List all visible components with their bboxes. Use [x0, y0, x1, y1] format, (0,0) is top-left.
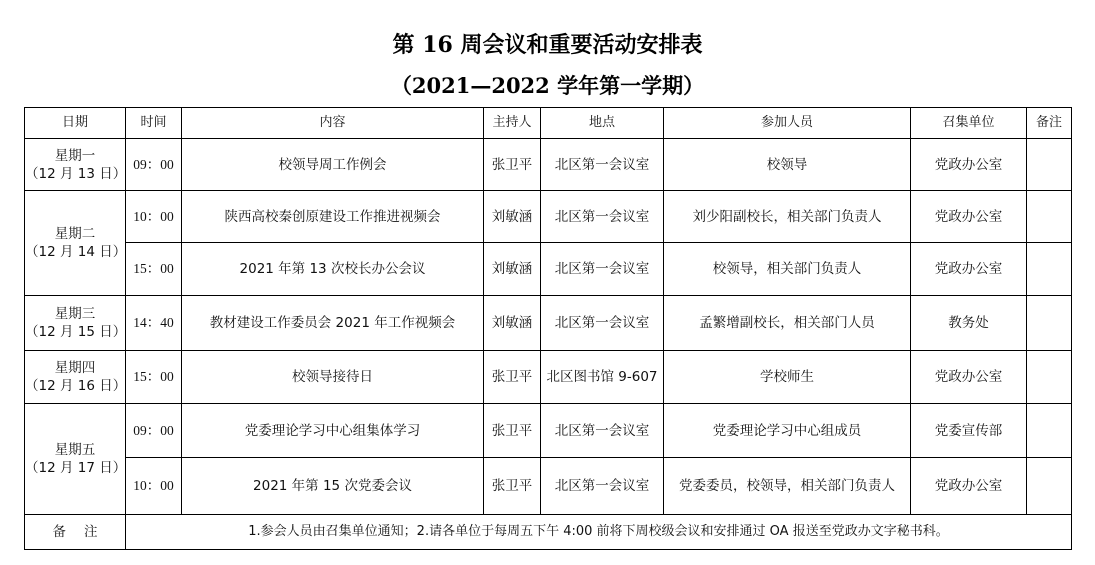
location-cell: 北区第一会议室	[541, 243, 664, 296]
remark-cell	[1027, 404, 1072, 458]
time-cell: 14：40	[126, 296, 182, 351]
table-row: 星期三 （12 月 15 日） 14：40 教材建设工作委员会 2021 年工作…	[25, 296, 1072, 351]
day-cell: 星期一 （12 月 13 日）	[25, 139, 126, 191]
table-row: 星期四 （12 月 16 日） 15：00 校领导接待日 张卫平 北区图书馆 9…	[25, 351, 1072, 404]
content-cell: 陕西高校秦创原建设工作推进视频会	[182, 191, 484, 243]
header-host: 主持人	[484, 108, 541, 139]
location-cell: 北区第一会议室	[541, 139, 664, 191]
location-cell: 北区第一会议室	[541, 404, 664, 458]
attendees-cell: 党委理论学习中心组成员	[664, 404, 911, 458]
page-subtitle: （2021—2022 学年第一学期）	[0, 70, 1095, 100]
header-row: 日期 时间 内容 主持人 地点 参加人员 召集单位 备注	[25, 108, 1072, 139]
header-content: 内容	[182, 108, 484, 139]
time-cell: 10：00	[126, 191, 182, 243]
host-cell: 刘敏涵	[484, 191, 541, 243]
host-cell: 张卫平	[484, 404, 541, 458]
table-row: 10：00 2021 年第 15 次党委会议 张卫平 北区第一会议室 党委委员，…	[25, 458, 1072, 515]
table-row: 星期五 （12 月 17 日） 09：00 党委理论学习中心组集体学习 张卫平 …	[25, 404, 1072, 458]
header-attendees: 参加人员	[664, 108, 911, 139]
remark-cell	[1027, 296, 1072, 351]
organizer-cell: 党政办公室	[911, 243, 1027, 296]
table-row: 星期一 （12 月 13 日） 09：00 校领导周工作例会 张卫平 北区第一会…	[25, 139, 1072, 191]
footer-row: 备注 1.参会人员由召集单位通知；2.请各单位于每周五下午 4:00 前将下周校…	[25, 515, 1072, 550]
date: （12 月 13 日）	[25, 165, 125, 183]
remark-cell	[1027, 139, 1072, 191]
organizer-cell: 党政办公室	[911, 458, 1027, 515]
weekday: 星期二	[25, 225, 125, 243]
header-location: 地点	[541, 108, 664, 139]
content-cell: 校领导接待日	[182, 351, 484, 404]
day-cell: 星期二 （12 月 14 日）	[25, 191, 126, 296]
organizer-cell: 党政办公室	[911, 351, 1027, 404]
table-row: 15：00 2021 年第 13 次校长办公会议 刘敏涵 北区第一会议室 校领导…	[25, 243, 1072, 296]
location-cell: 北区图书馆 9-607	[541, 351, 664, 404]
content-cell: 2021 年第 15 次党委会议	[182, 458, 484, 515]
host-cell: 张卫平	[484, 139, 541, 191]
organizer-cell: 党政办公室	[911, 191, 1027, 243]
header-organizer: 召集单位	[911, 108, 1027, 139]
date: （12 月 14 日）	[25, 243, 125, 261]
page-title: 第 16 周会议和重要活动安排表	[0, 28, 1095, 59]
organizer-cell: 党委宣传部	[911, 404, 1027, 458]
header-date: 日期	[25, 108, 126, 139]
date: （12 月 16 日）	[25, 377, 125, 395]
date: （12 月 17 日）	[25, 459, 125, 477]
location-cell: 北区第一会议室	[541, 458, 664, 515]
remark-cell	[1027, 243, 1072, 296]
table-row: 星期二 （12 月 14 日） 10：00 陕西高校秦创原建设工作推进视频会 刘…	[25, 191, 1072, 243]
time-cell: 10：00	[126, 458, 182, 515]
attendees-cell: 孟繁增副校长，相关部门人员	[664, 296, 911, 351]
remark-cell	[1027, 191, 1072, 243]
weekday: 星期三	[25, 305, 125, 323]
host-cell: 张卫平	[484, 351, 541, 404]
attendees-cell: 党委委员，校领导，相关部门负责人	[664, 458, 911, 515]
host-cell: 刘敏涵	[484, 296, 541, 351]
content-cell: 2021 年第 13 次校长办公会议	[182, 243, 484, 296]
time-cell: 09：00	[126, 139, 182, 191]
content-cell: 教材建设工作委员会 2021 年工作视频会	[182, 296, 484, 351]
header-remark: 备注	[1027, 108, 1072, 139]
content-cell: 校领导周工作例会	[182, 139, 484, 191]
location-cell: 北区第一会议室	[541, 296, 664, 351]
schedule-table: 日期 时间 内容 主持人 地点 参加人员 召集单位 备注 星期一 （12 月 1…	[24, 107, 1072, 550]
remark-cell	[1027, 458, 1072, 515]
content-cell: 党委理论学习中心组集体学习	[182, 404, 484, 458]
weekday: 星期一	[25, 147, 125, 165]
host-cell: 刘敏涵	[484, 243, 541, 296]
footer-label: 备注	[25, 515, 126, 550]
weekday: 星期四	[25, 359, 125, 377]
location-cell: 北区第一会议室	[541, 191, 664, 243]
time-cell: 15：00	[126, 351, 182, 404]
day-cell: 星期三 （12 月 15 日）	[25, 296, 126, 351]
day-cell: 星期五 （12 月 17 日）	[25, 404, 126, 515]
attendees-cell: 校领导，相关部门负责人	[664, 243, 911, 296]
host-cell: 张卫平	[484, 458, 541, 515]
organizer-cell: 教务处	[911, 296, 1027, 351]
day-cell: 星期四 （12 月 16 日）	[25, 351, 126, 404]
weekday: 星期五	[25, 441, 125, 459]
remark-cell	[1027, 351, 1072, 404]
time-cell: 09：00	[126, 404, 182, 458]
attendees-cell: 刘少阳副校长，相关部门负责人	[664, 191, 911, 243]
attendees-cell: 学校师生	[664, 351, 911, 404]
organizer-cell: 党政办公室	[911, 139, 1027, 191]
date: （12 月 15 日）	[25, 323, 125, 341]
footer-note: 1.参会人员由召集单位通知；2.请各单位于每周五下午 4:00 前将下周校级会议…	[126, 515, 1072, 550]
attendees-cell: 校领导	[664, 139, 911, 191]
header-time: 时间	[126, 108, 182, 139]
time-cell: 15：00	[126, 243, 182, 296]
